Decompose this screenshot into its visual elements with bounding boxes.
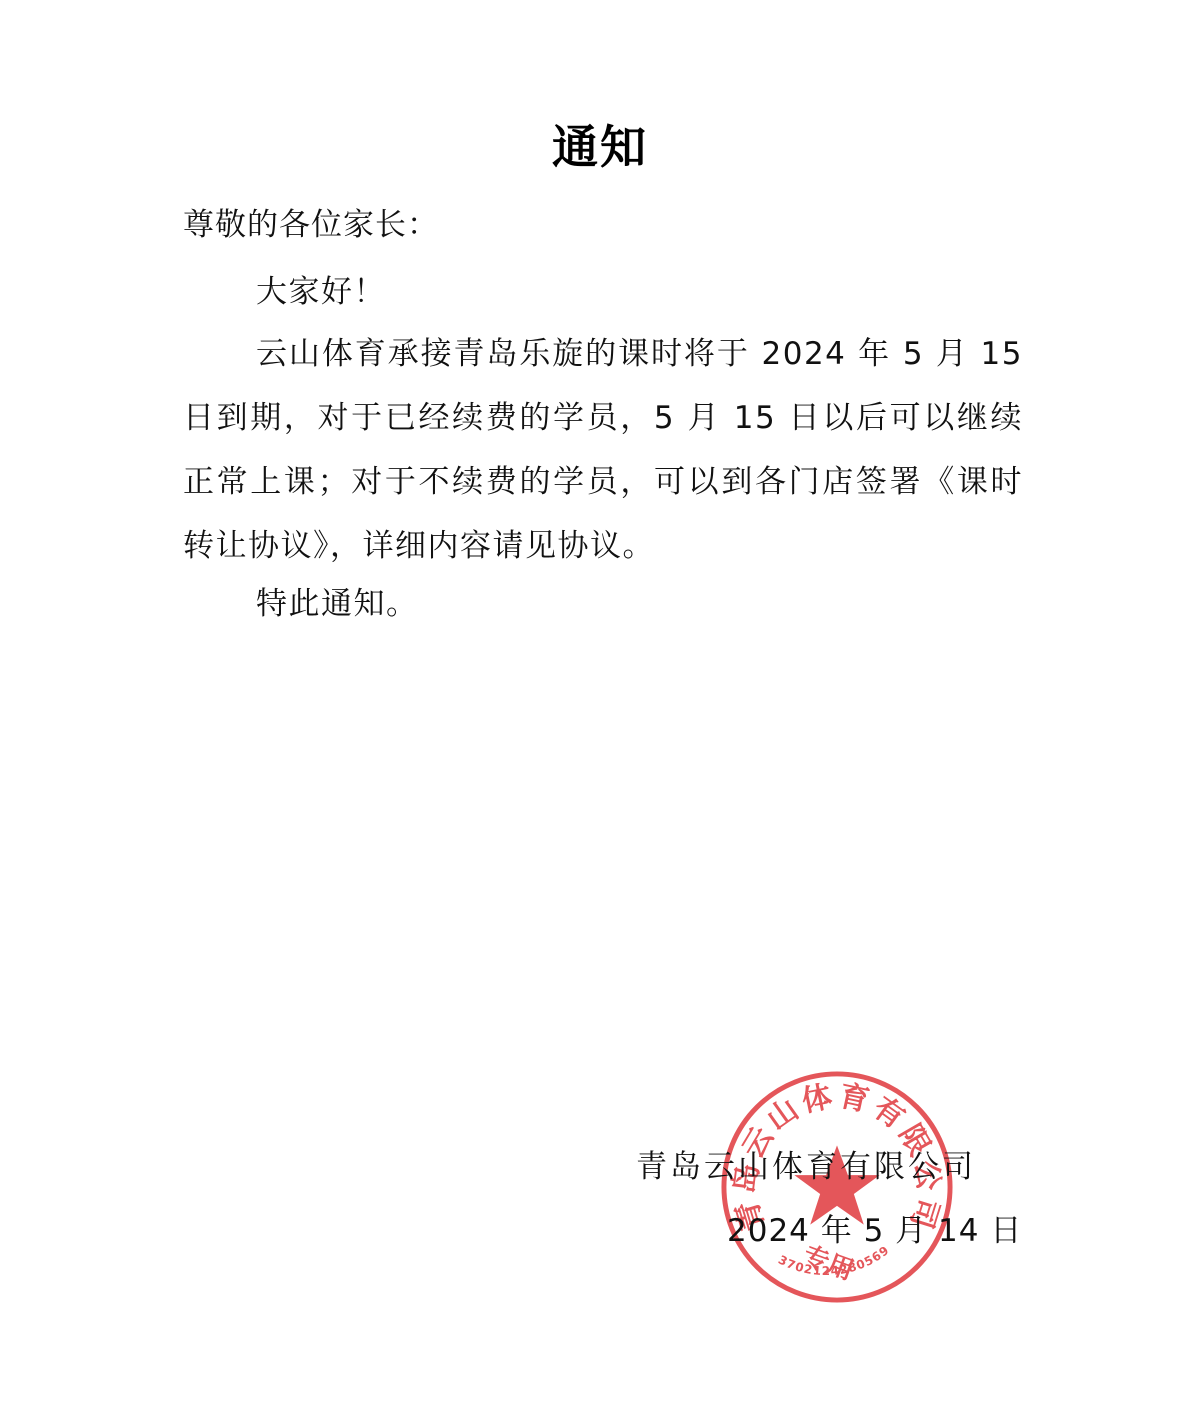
closing-line: 特此通知。 xyxy=(183,572,1023,636)
signature-date: 2024 年 5 月 14 日 xyxy=(727,1206,1022,1256)
body-paragraph: 云山体育承接青岛乐旋的课时将于 2024 年 5 月 15 日到期，对于已经续费… xyxy=(183,322,1023,578)
greeting: 大家好！ xyxy=(183,260,1023,324)
notice-page: 通知 尊敬的各位家长： 大家好！ 云山体育承接青岛乐旋的课时将于 2024 年 … xyxy=(0,0,1200,1418)
signature-company: 青岛云山体育有限公司 xyxy=(636,1142,976,1192)
salutation: 尊敬的各位家长： xyxy=(183,200,439,250)
document-title: 通知 xyxy=(0,112,1200,182)
